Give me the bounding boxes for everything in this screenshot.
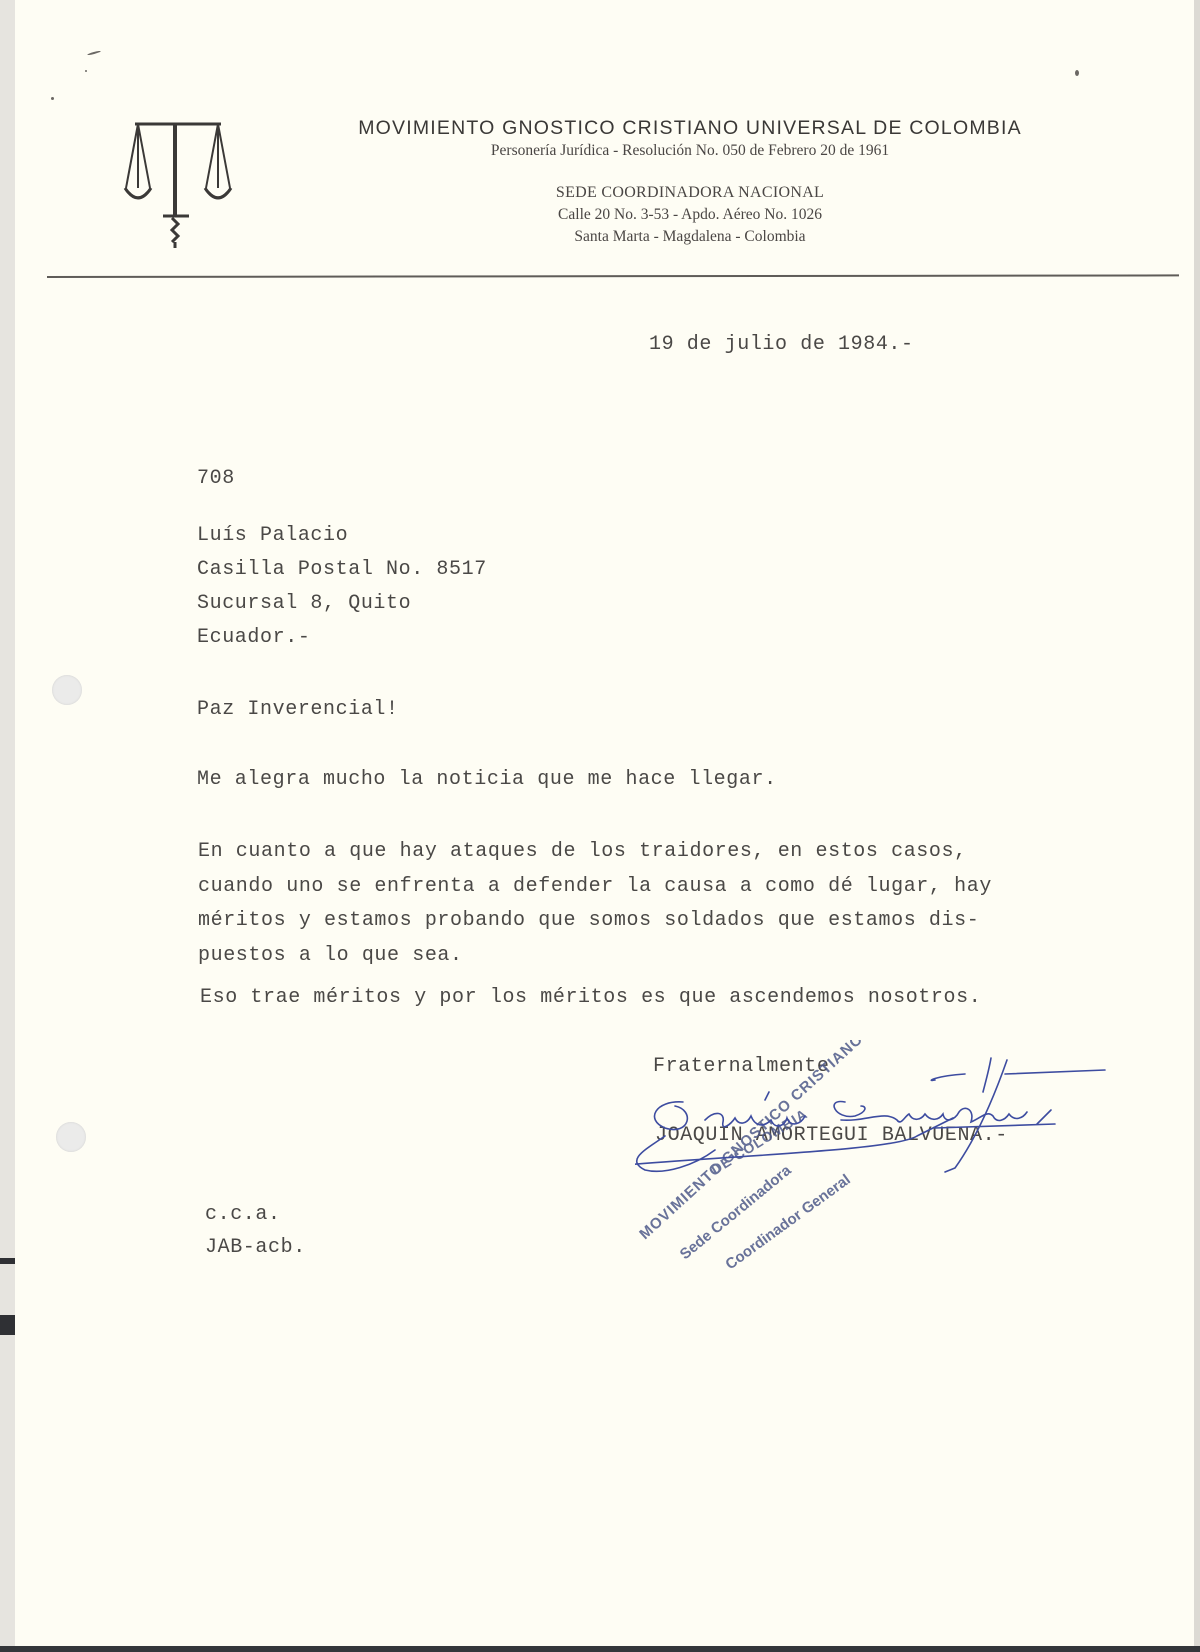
- recipient-postal-box: Casilla Postal No. 8517: [197, 558, 487, 581]
- svg-text:Coordinador General: Coordinador General: [722, 1171, 853, 1273]
- header-divider: [47, 274, 1179, 278]
- copy-notation: c.c.a.: [205, 1203, 281, 1226]
- paragraph-3: Eso trae méritos y por los méritos es qu…: [200, 986, 981, 1009]
- sede-title: SEDE COORDINADORA NACIONAL: [315, 184, 1065, 202]
- reference-number: 708: [197, 467, 235, 490]
- svg-text:Sede Coordinadora: Sede Coordinadora: [677, 1162, 795, 1264]
- scales-of-justice-icon: [123, 118, 233, 250]
- paper-speck: [1075, 70, 1079, 76]
- typist-initials: JAB-acb.: [205, 1236, 306, 1259]
- sede-city: Santa Marta - Magdalena - Colombia: [315, 228, 1065, 246]
- paragraph-2: En cuanto a que hay ataques de los traid…: [198, 835, 992, 973]
- greeting: Paz Inverencial!: [197, 698, 399, 721]
- punch-hole: [52, 675, 82, 705]
- paper-speck: [85, 70, 87, 72]
- scan-border-right: [1194, 0, 1200, 1652]
- scan-mark: [0, 1315, 15, 1335]
- scan-border-bottom: [0, 1646, 1200, 1652]
- paper-speck: [87, 50, 101, 56]
- stamp-line-3: Sede Coordinadora: [677, 1162, 795, 1264]
- sede-address: Calle 20 No. 3-53 - Apdo. Aéreo No. 1026: [315, 206, 1065, 224]
- signer-name: JOAQUIN AMORTEGUI BALVUENA.-: [655, 1124, 1008, 1147]
- closing: Fraternalmente: [653, 1055, 829, 1078]
- recipient-country: Ecuador.-: [197, 626, 310, 649]
- scan-border-left: [0, 0, 15, 1652]
- recipient-branch-city: Sucursal 8, Quito: [197, 592, 411, 615]
- org-name: MOVIMIENTO GNOSTICO CRISTIANO UNIVERSAL …: [315, 117, 1065, 140]
- letter-page: MOVIMIENTO GNOSTICO CRISTIANO UNIVERSAL …: [15, 0, 1195, 1648]
- stamp-line-4: Coordinador General: [722, 1171, 853, 1273]
- letter-date: 19 de julio de 1984.-: [649, 333, 914, 356]
- paper-speck: [51, 97, 54, 100]
- scan-mark: [0, 1258, 15, 1264]
- paragraph-1: Me alegra mucho la noticia que me hace l…: [197, 768, 777, 791]
- legal-registration: Personería Jurídica - Resolución No. 050…: [315, 142, 1065, 160]
- recipient-name: Luís Palacio: [197, 524, 348, 547]
- punch-hole: [56, 1122, 86, 1152]
